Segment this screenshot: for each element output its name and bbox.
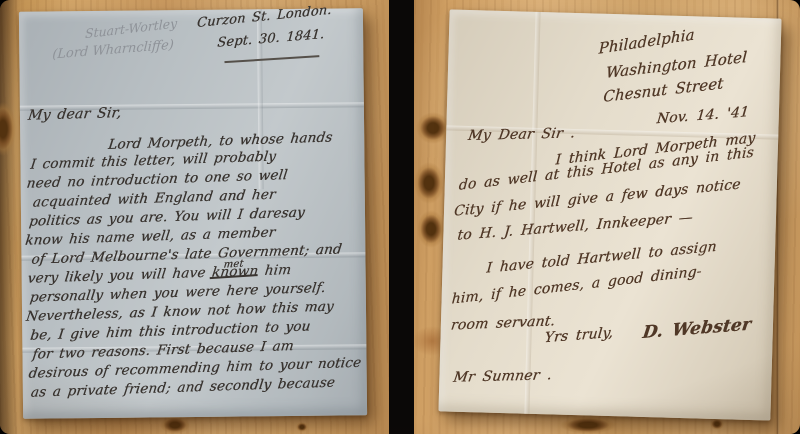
- underline-flourish: [224, 55, 319, 63]
- inserted-word: met: [223, 258, 244, 270]
- dateline-place: Curzon St. London.: [197, 3, 332, 31]
- wood-knot: [710, 418, 724, 430]
- photo-divider: [389, 0, 414, 434]
- salutation: My Dear Sir .: [467, 125, 576, 144]
- wood-knot: [560, 416, 616, 434]
- photo-two-letters: Stuart-Wortley (Lord Wharncliffe) Curzon…: [0, 0, 800, 434]
- wood-knot: [417, 210, 445, 248]
- closing: Yrs truly,: [544, 325, 614, 346]
- pencil-annotation: Stuart-Wortley: [85, 15, 177, 41]
- wood-edge-shadow: [0, 0, 18, 434]
- right-photo-wood-table: Philadelphia Washington Hotel Chesnut St…: [414, 0, 800, 434]
- wood-knot: [414, 162, 444, 204]
- heading-date: Nov. 14. '41: [656, 104, 750, 127]
- right-letter-page: Philadelphia Washington Hotel Chesnut St…: [438, 9, 781, 420]
- wood-knot: [160, 416, 190, 434]
- salutation: My dear Sir,: [27, 105, 123, 124]
- dateline-date: Sept. 30. 1841.: [217, 27, 325, 51]
- letter-body-line: room servant.: [450, 313, 556, 333]
- paper-fold-crease: [524, 12, 540, 414]
- wood-knot: [296, 422, 308, 432]
- left-letter-page: Stuart-Wortley (Lord Wharncliffe) Curzon…: [19, 8, 367, 419]
- left-photo-wood-table: Stuart-Wortley (Lord Wharncliffe) Curzon…: [0, 0, 389, 434]
- wood-knot: [416, 112, 450, 144]
- signature: D. Webster: [641, 314, 752, 343]
- addressee: Mr Sumner .: [452, 367, 553, 385]
- heading-line: Philadelphia: [598, 25, 694, 57]
- pencil-annotation: (Lord Wharncliffe): [52, 38, 174, 63]
